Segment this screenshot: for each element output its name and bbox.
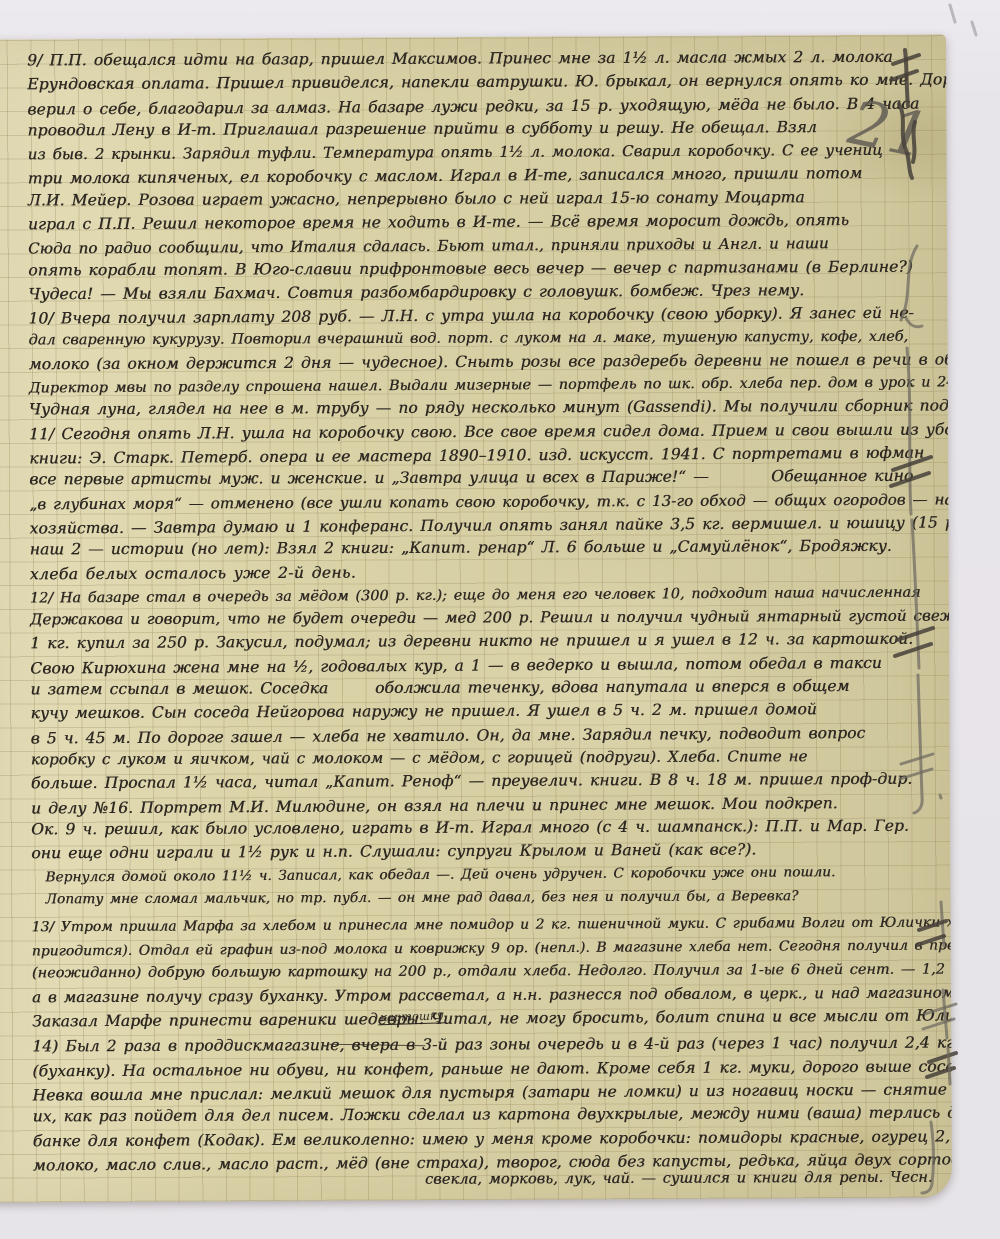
- handwritten-line: и затем ссыпал в мешок. Соседка оболжила…: [30, 675, 949, 702]
- handwritten-line: свекла, морковь, лук, чай. — сушился и к…: [33, 1167, 952, 1194]
- handwritten-line: наш 2 — истории (но лет): Взял 2 книги: …: [30, 535, 949, 562]
- handwriting-lines: 9/ П.П. обещался идти на базар, пришел М…: [27, 45, 952, 1194]
- handwritten-line: 9/ П.П. обещался идти на базар, пришел М…: [27, 46, 946, 73]
- handwritten-line: опять корабли топят. В Юго-славии прифро…: [28, 255, 947, 282]
- handwritten-line: Чудная луна, глядел на нее в м. трубу — …: [29, 395, 948, 422]
- inserted-word: картошку: [378, 1008, 446, 1025]
- photographed-document: 9/ П.П. обещался идти на базар, пришел М…: [0, 0, 1000, 1239]
- diary-page-paper: 9/ П.П. обещался идти на базар, пришел М…: [0, 34, 952, 1202]
- handwritten-line: коробку с луком и яичком, чай с молоком …: [31, 744, 950, 771]
- handwritten-line: Ок. 9 ч. решил, как было условлено, игра…: [31, 814, 950, 841]
- handwritten-line: дал сваренную кукурузу. Повторил вчерашн…: [28, 325, 947, 352]
- handwritten-line: Заказал Марфе принести вареники шедевры.…: [32, 1005, 951, 1034]
- handwritten-line: их, как раз пойдет для дел писем. Ложки …: [33, 1102, 952, 1129]
- handwritten-line: Держакова и говорит, что не будет очеред…: [30, 605, 949, 632]
- handwritten-line: 14) Был 2 раза в проддискмагазине, вчера…: [32, 1032, 951, 1059]
- handwritten-line: (неожиданно) добрую большую картошку на …: [32, 958, 951, 985]
- handwritten-line: Лопату мне сломал мальчик, но тр. публ. …: [31, 884, 950, 911]
- handwritten-line: проводил Лену в И-т. Приглашал разрешени…: [27, 115, 946, 142]
- top-edge-ticks: [950, 5, 976, 35]
- handwritten-line: все первые артисты муж. и женские. и „За…: [29, 465, 948, 492]
- handwritten-line: Л.И. Мейер. Розова играет ужасно, непрер…: [28, 185, 947, 212]
